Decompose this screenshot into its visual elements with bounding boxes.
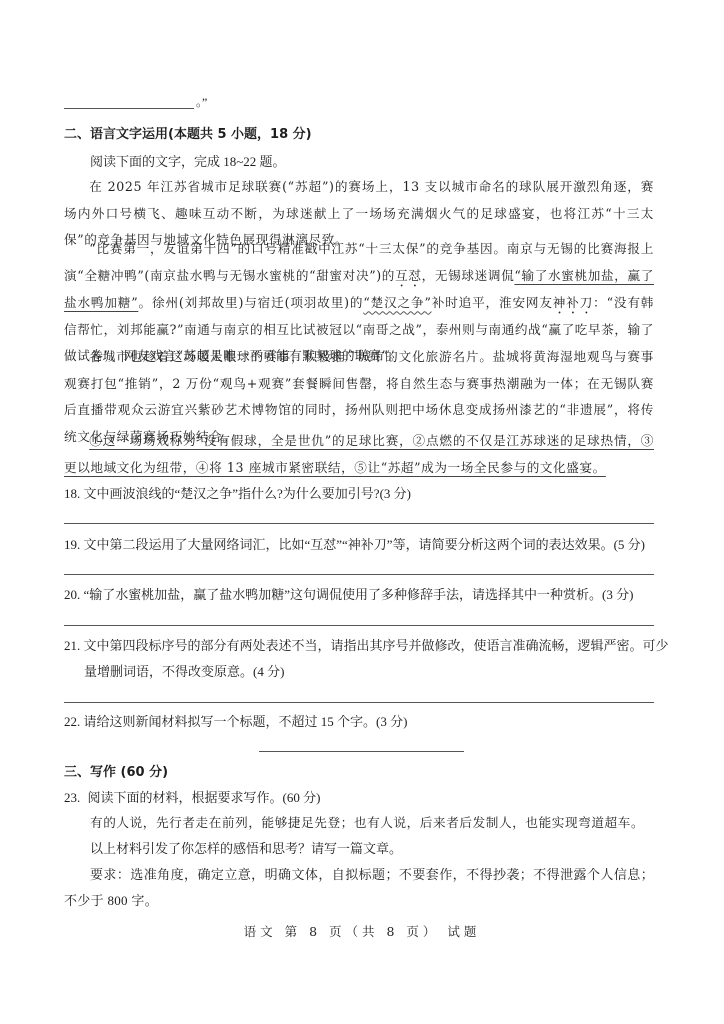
p2-text-d: 补时追平，淮安网友 — [432, 295, 553, 310]
question-text: 阅读下面的材料，根据要求写作。(60 分) — [88, 790, 321, 805]
writing-prompt: 以上材料引发了你怎样的感悟和思考？请写一篇文章。 — [90, 836, 402, 862]
question-18: 18. 文中画波浪线的“楚汉之争”指什么?为什么要加引号?(3 分) — [64, 481, 411, 507]
answer-line-20[interactable] — [64, 625, 654, 626]
writing-material: 有的人说，先行者走在前列，能够捷足先登；也有人说，后来者后发制人，也能实现弯道超… — [90, 810, 644, 836]
top-trailing-punct: 。” — [196, 94, 207, 110]
answer-line-18[interactable] — [64, 523, 654, 524]
question-23: 23. 阅读下面的材料，根据要求写作。(60 分) — [64, 785, 320, 811]
writing-requirements: 要求：选准角度，确定立意，明确文体，自拟标题；不要套作，不得抄袭；不得泄露个人信… — [64, 862, 654, 914]
section2-heading: 二、语言文字运用(本题共 5 小题，18 分) — [64, 122, 312, 148]
question-number: 22. — [64, 714, 80, 729]
dotted-term-shenbudao: 神补刀 — [553, 295, 593, 310]
question-text: 文中画波浪线的“楚汉之争”指什么?为什么要加引号?(3 分) — [84, 486, 412, 501]
passage-paragraph-4: ①这一场场戏称为“没有假球，全是世仇”的足球比赛，②点燃的不仅是江苏球迷的足球热… — [64, 428, 654, 481]
question-number: 18. — [64, 486, 80, 501]
question-number: 20. — [64, 587, 80, 602]
answer-line-21[interactable] — [64, 702, 654, 703]
section3-heading: 三、写作 (60 分) — [64, 760, 168, 786]
answer-line-22-title[interactable] — [259, 751, 464, 752]
answer-line-19[interactable] — [64, 574, 654, 575]
question-20: 20. “输了水蜜桃加盐，赢了盐水鸭加糖”这句调侃使用了多种修辞手法，请选择其中… — [64, 582, 633, 608]
p2-text-c: 。徐州(刘邦故里)与宿迁(项羽故里)的 — [138, 295, 363, 310]
question-19: 19. 文中第二段运用了大量网络词汇，比如“互怼”“神补刀”等，请简要分析这两个… — [64, 532, 645, 558]
exam-page: 。” 二、语言文字运用(本题共 5 小题，18 分) 阅读下面的文字，完成 18… — [0, 0, 724, 1024]
p2-text-b: ，无锡球迷调侃 — [422, 268, 515, 283]
section2-instruction: 阅读下面的文字，完成 18~22 题。 — [90, 149, 286, 175]
question-number: 21. — [64, 638, 80, 653]
question-21: 21. 文中第四段标序号的部分有两处表述不当，请指出其序号并做修改，使语言准确流… — [64, 633, 669, 659]
page-footer: 语文 第 8 页（共 8 页） 试题 — [0, 922, 724, 940]
question-number: 19. — [64, 537, 80, 552]
question-text: 文中第四段标序号的部分有两处表述不当，请指出其序号并做修改，使语言准确流畅，逻辑… — [84, 638, 669, 653]
question-22: 22. 请给这则新闻材料拟写一个标题，不超过 15 个字。(3 分) — [64, 709, 407, 735]
question-text: 文中第二段运用了大量网络词汇，比如“互怼”“神补刀”等，请简要分析这两个词的表达… — [84, 537, 646, 552]
answer-blank-line-top — [64, 108, 194, 109]
dotted-term-huduì: 互怼 — [395, 268, 422, 283]
numbered-sentence-underlined: ①这一场场戏称为“没有假球，全是世仇”的足球比赛，②点燃的不仅是江苏球迷的足球热… — [64, 433, 654, 475]
question-number: 23. — [64, 790, 80, 805]
question-text: 请给这则新闻材料拟写一个标题，不超过 15 个字。(3 分) — [84, 714, 408, 729]
wavy-underlined-chu-han: “楚汉之争” — [363, 295, 431, 310]
question-text: “输了水蜜桃加盐，赢了盐水鸭加糖”这句调侃使用了多种修辞手法，请选择其中一种赏析… — [84, 587, 634, 602]
question-21-continued: 量增删词语，不得改变原意。(4 分) — [84, 659, 284, 685]
